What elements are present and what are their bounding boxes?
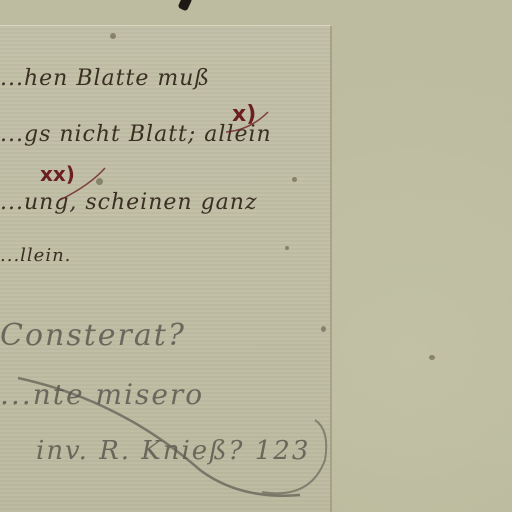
pencil-strokes	[0, 0, 512, 512]
foxing-spot	[110, 33, 116, 39]
foxing-spot	[292, 177, 297, 182]
foxing-spot	[321, 326, 326, 332]
foxing-spot	[429, 355, 435, 360]
foxing-spot	[96, 178, 103, 185]
foxing-spot	[285, 246, 289, 250]
